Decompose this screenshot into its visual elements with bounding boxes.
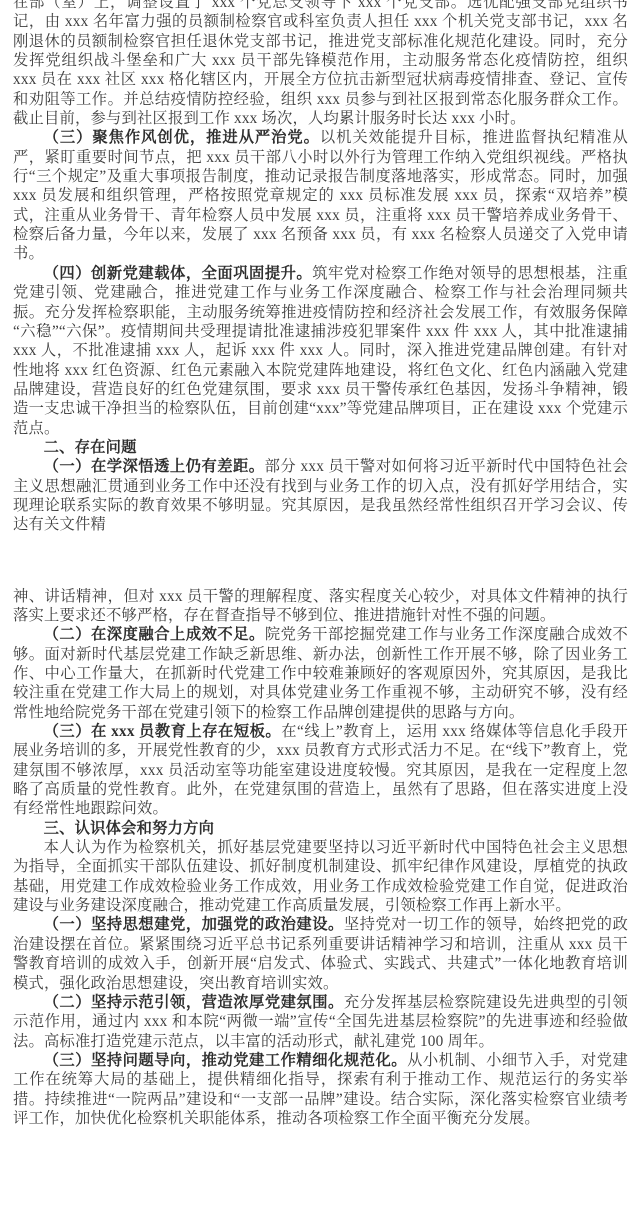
paragraph: 二、存在问题 [13, 438, 628, 457]
text-run: 以机关效能提升目标，推进监督执纪精准从严，紧盯重要时间节点，把 xxx 员干部八… [13, 129, 628, 262]
paragraph: 本人认为作为检察机关，抓好基层党建要坚持以习近平新时代中国特色社会主义思想为指导… [13, 838, 628, 915]
heading-run: （一）在学深悟透上仍有差距。 [44, 458, 265, 475]
text-run: 在部（室）上，调整设置了 xxx 个党总支领导下 xxx 个党支部。选优配强支部… [13, 0, 628, 127]
paragraph: 在部（室）上，调整设置了 xxx 个党总支领导下 xxx 个党支部。选优配强支部… [13, 0, 628, 128]
document-page-1: 在部（室）上，调整设置了 xxx 个党总支领导下 xxx 个党支部。选优配强支部… [13, 0, 628, 535]
paragraph: 神、讲话精神，但对 xxx 员干警的理解程度、落实程度关心较少，对具体文件精神的… [13, 587, 628, 626]
heading-run: （三）聚焦作风创优，推进从严治党。 [44, 129, 320, 146]
page-gap [13, 535, 628, 587]
text-run: 筑牢党对检察工作绝对领导的思想根基，注重党建引领、党建融合，推进党建工作与业务工… [13, 265, 628, 437]
paragraph: （三）坚持问题导向，推动党建工作精细化规范化。从小机制、小细节入手，对党建工作在… [13, 1051, 628, 1128]
text-run: 神、讲话精神，但对 xxx 员干警的理解程度、落实程度关心较少，对具体文件精神的… [13, 588, 628, 624]
paragraph: （三）聚焦作风创优，推进从严治党。以机关效能提升目标，推进监督执纪精准从严，紧盯… [13, 128, 628, 263]
paragraph: （四）创新党建载体，全面巩固提升。筑牢党对检察工作绝对领导的思想根基，注重党建引… [13, 264, 628, 438]
paragraph: （二）坚持示范引领，营造浓厚党建氛围。充分发挥基层检察院建设先进典型的引领示范作… [13, 993, 628, 1051]
heading-run: 二、存在问题 [44, 439, 137, 456]
paragraph: （一）在学深悟透上仍有差距。部分 xxx 员干警对如何将习近平新时代中国特色社会… [13, 457, 628, 534]
heading-run: （二）坚持示范引领，营造浓厚党建氛围。 [44, 994, 344, 1011]
text-run: 本人认为作为检察机关，抓好基层党建要坚持以习近平新时代中国特色社会主义思想为指导… [13, 839, 628, 914]
heading-run: 三、认识体会和努力方向 [44, 820, 214, 837]
heading-run: （二）在深度融合上成效不足。 [44, 626, 265, 643]
heading-run: （三）坚持问题导向，推动党建工作精细化规范化。 [44, 1052, 407, 1069]
document-background: { "document": { "type": "scanned-report"… [0, 0, 640, 1228]
paragraph: 三、认识体会和努力方向 [13, 819, 628, 838]
heading-run: （一）坚持思想建党，加强党的政治建设。 [44, 916, 344, 933]
paragraph: （二）在深度融合上成效不足。院党务干部挖掘党建工作与业务工作深度融合成效不够。面… [13, 625, 628, 722]
paragraph: （三）在 xxx 员教育上存在短板。在“线上”教育上，运用 xxx 络媒体等信息… [13, 722, 628, 819]
heading-run: （四）创新党建载体，全面巩固提升。 [44, 265, 313, 282]
paragraph: （一）坚持思想建党，加强党的政治建设。坚持党对一切工作的领导，始终把党的政治建设… [13, 915, 628, 992]
document-viewport: 在部（室）上，调整设置了 xxx 个党总支领导下 xxx 个党支部。选优配强支部… [13, 0, 628, 1128]
document-page-2: 神、讲话精神，但对 xxx 员干警的理解程度、落实程度关心较少，对具体文件精神的… [13, 587, 628, 1129]
heading-run: （三）在 xxx 员教育上存在短板。 [44, 723, 282, 740]
